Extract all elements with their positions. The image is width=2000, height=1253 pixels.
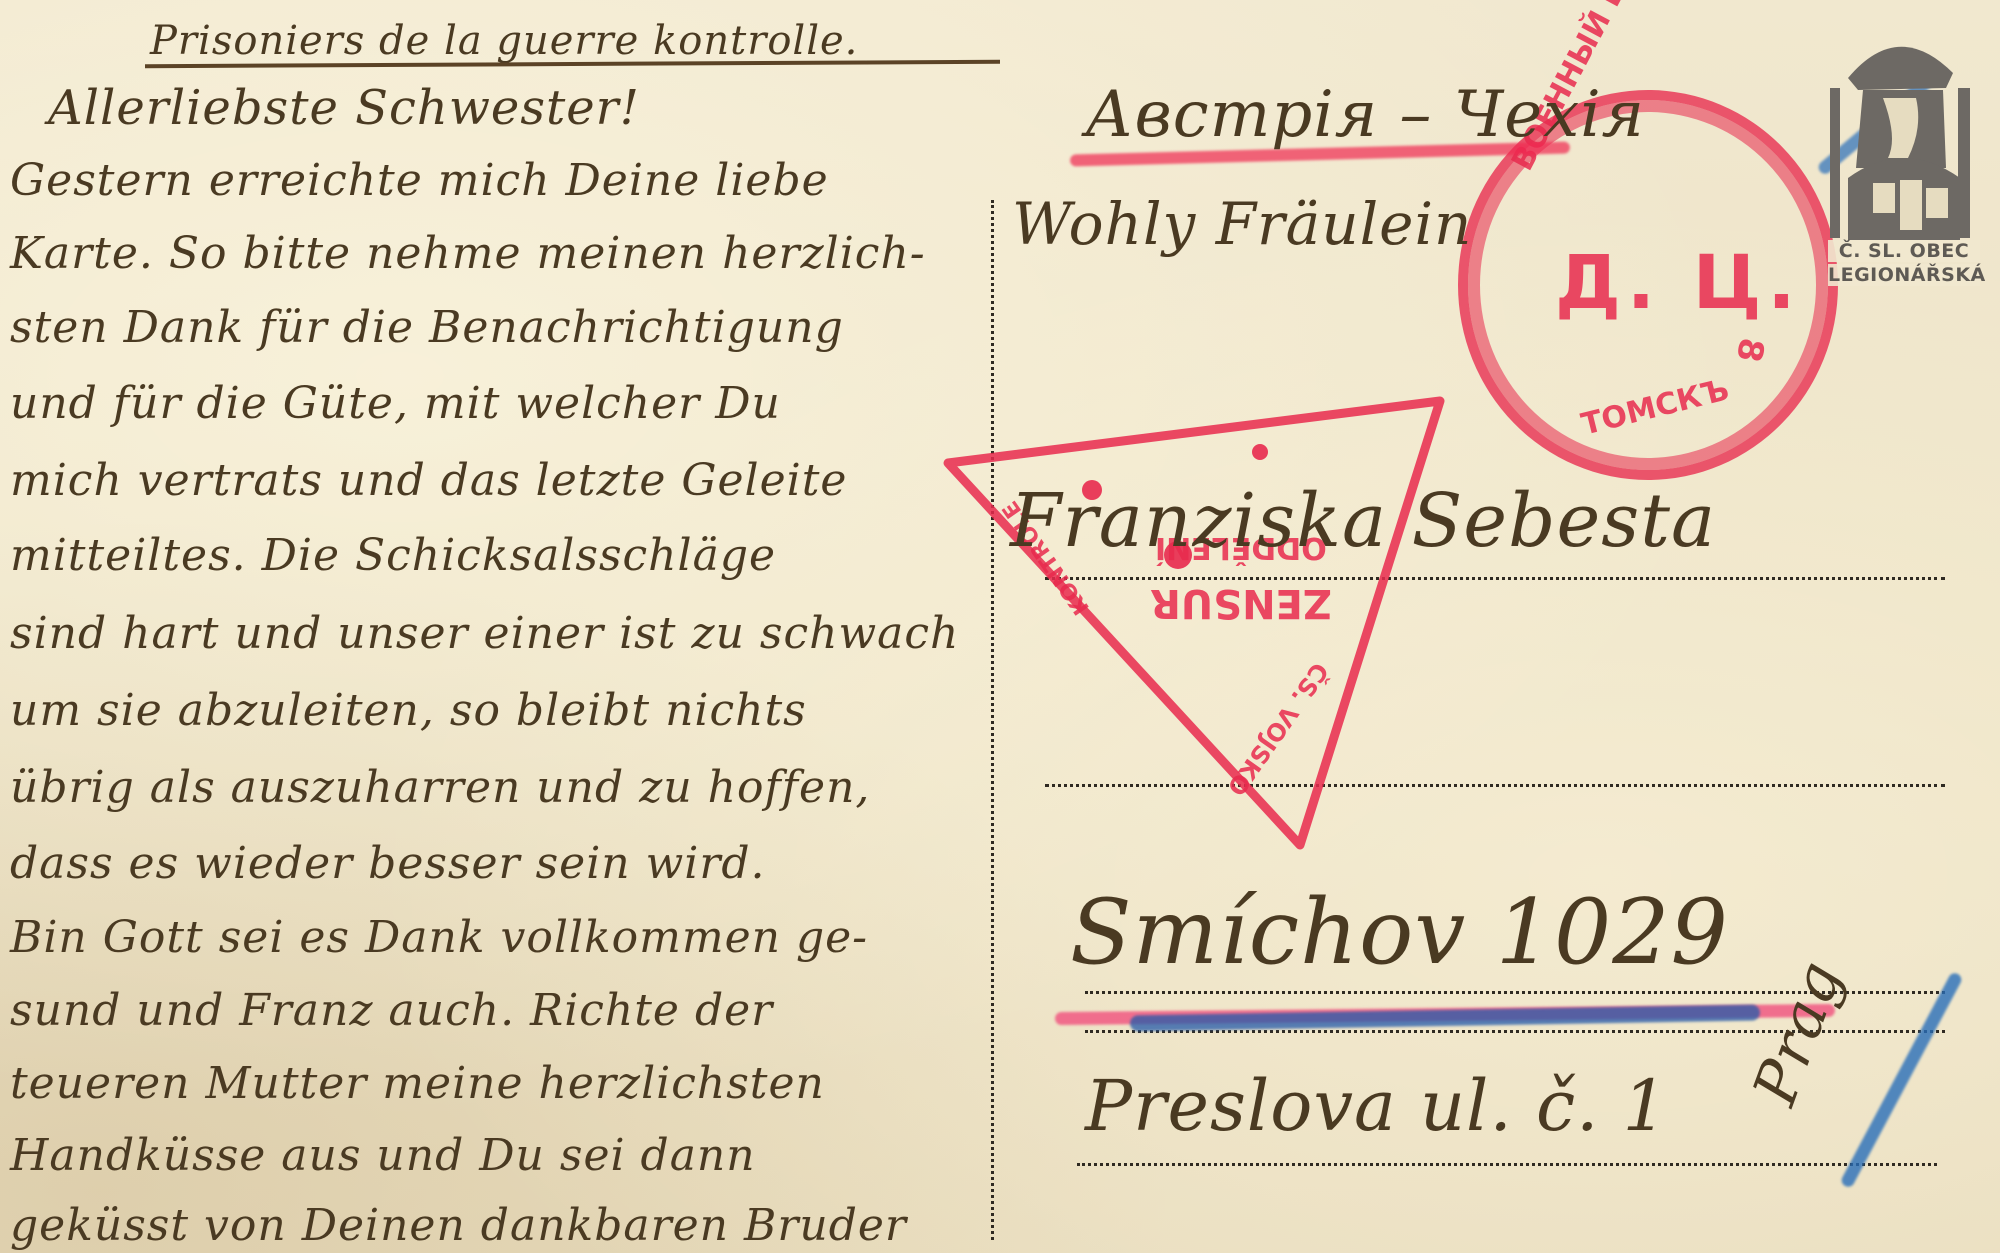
message-line: Handküsse aus und Du sei dann <box>10 1130 756 1181</box>
message-line: Karte. So bitte nehme meinen herzlich- <box>10 228 926 279</box>
indicium-line-1: Č. SL. OBEC <box>1828 240 1980 262</box>
message-line: Gestern erreichte mich Deine liebe <box>10 155 829 206</box>
message-line: dass es wieder besser sein wird. <box>10 838 766 889</box>
zensur-triangle-stamp: ZENSUR ODDĚLENÍ KONTROLE ČS. VOJSKO <box>940 395 1460 865</box>
address-city: Smíchov 1029 <box>1070 880 1729 985</box>
message-header: Prisoniers de la guerre kontrolle. <box>150 18 858 64</box>
address-country: Австрiя – Чехiя <box>1085 78 1645 152</box>
message-line: sind hart und unser einer ist zu schwach <box>10 608 959 659</box>
address-street: Preslova ul. č. 1 <box>1085 1065 1668 1147</box>
zensur-text: ZENSUR <box>1150 580 1332 626</box>
message-line: übrig als auszuharren und zu hoffen, <box>10 762 870 813</box>
message-line: Allerliebste Schwester! <box>48 80 640 136</box>
legionnaire-portrait-icon <box>1828 18 1978 243</box>
address-line-4 <box>1077 1163 1937 1166</box>
triangle-outline-icon <box>940 395 1460 865</box>
address-name: Franziska Sebesta <box>1010 478 1716 564</box>
message-line: mich vertrats und das letzte Geleite <box>10 455 847 506</box>
message-line: teueren Mutter meine herzlichsten <box>10 1058 825 1109</box>
address-salutation: Wohly Fräulein <box>1012 190 1472 258</box>
legion-indicium-stamp: Č. SL. OBEC LEGIONÁŘSKÁ <box>1828 18 1978 290</box>
message-line: mitteiltes. Die Schicksalsschläge <box>10 530 776 581</box>
message-line: sund und Franz auch. Richte der <box>10 985 773 1036</box>
message-line: um sie abzuleiten, so bleibt nichts <box>10 685 807 736</box>
message-line: sten Dank für die Benachrichtigung <box>10 302 844 353</box>
message-line: Bin Gott sei es Dank vollkommen ge- <box>10 912 868 963</box>
message-line: und für die Güte, mit welcher Du <box>10 378 781 429</box>
postcard: Prisoniers de la guerre kontrolle. Aller… <box>0 0 2000 1253</box>
censor-center-initials: Д. Ц. <box>1555 240 1802 326</box>
message-line: geküsst von Deinen dankbaren Bruder <box>10 1200 907 1251</box>
blue-crayon-check <box>1839 971 1963 1189</box>
indicium-line-2: LEGIONÁŘSKÁ <box>1828 264 1980 286</box>
